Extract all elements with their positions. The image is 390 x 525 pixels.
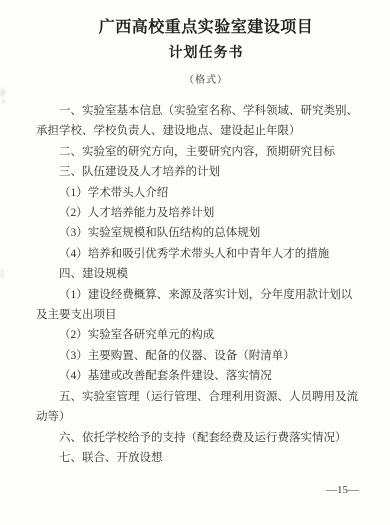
- outline-item: （2）人才培养能力及培养计划: [36, 203, 362, 223]
- scan-artifact: [0, 268, 4, 280]
- outline-item: 一、实验室基本信息（实验室名称、学科领域、研究类别、承担学校、学校负责人、建设地…: [36, 101, 362, 142]
- outline-item: （1）学术带头人介绍: [36, 183, 362, 203]
- scan-artifact: [0, 88, 5, 97]
- outline-item: （3）主要购置、配备的仪器、设备（附清单）: [36, 346, 362, 366]
- outline-item: （4）基建或改善配套条件建设、落实情况: [36, 366, 362, 386]
- outline-item: （1）建设经费概算、来源及落实计划，分年度用款计划以及主要支出项目: [36, 285, 362, 326]
- document-title-line-2: 计划任务书: [11, 45, 390, 62]
- outline-item: 六、依托学校给予的支持（配套经费及运行费落实情况）: [36, 428, 362, 448]
- document-header: 广西高校重点实验室建设项目 计划任务书 （格式）: [11, 18, 390, 86]
- scanned-document-page: 广西高校重点实验室建设项目 计划任务书 （格式） 一、实验室基本信息（实验室名称…: [0, 0, 390, 525]
- outline-item: 三、队伍建设及人才培养的计划: [36, 162, 362, 182]
- outline-item: （4）培养和吸引优秀学术带头人和中青年人才的措施: [36, 244, 362, 264]
- outline-item: 四、建设规模: [36, 264, 362, 284]
- page-number: —15—: [326, 484, 359, 496]
- outline-item: 五、实验室管理（运行管理、合理利用资源、人员聘用及流动等）: [36, 387, 362, 428]
- outline-item: （3）实验室规模和队伍结构的总体规划: [36, 223, 362, 243]
- document-outline: 一、实验室基本信息（实验室名称、学科领域、研究类别、承担学校、学校负责人、建设地…: [36, 101, 362, 468]
- document-title-line-1: 广西高校重点实验室建设项目: [11, 18, 390, 37]
- outline-item: （2）实验室各研究单元的构成: [36, 325, 362, 345]
- format-note: （格式）: [11, 71, 390, 86]
- scan-artifact: [2, 99, 5, 104]
- outline-item: 二、实验室的研究方向，主要研究内容，预期研究目标: [36, 142, 362, 162]
- outline-item: 七、联合、开放设想: [36, 448, 362, 468]
